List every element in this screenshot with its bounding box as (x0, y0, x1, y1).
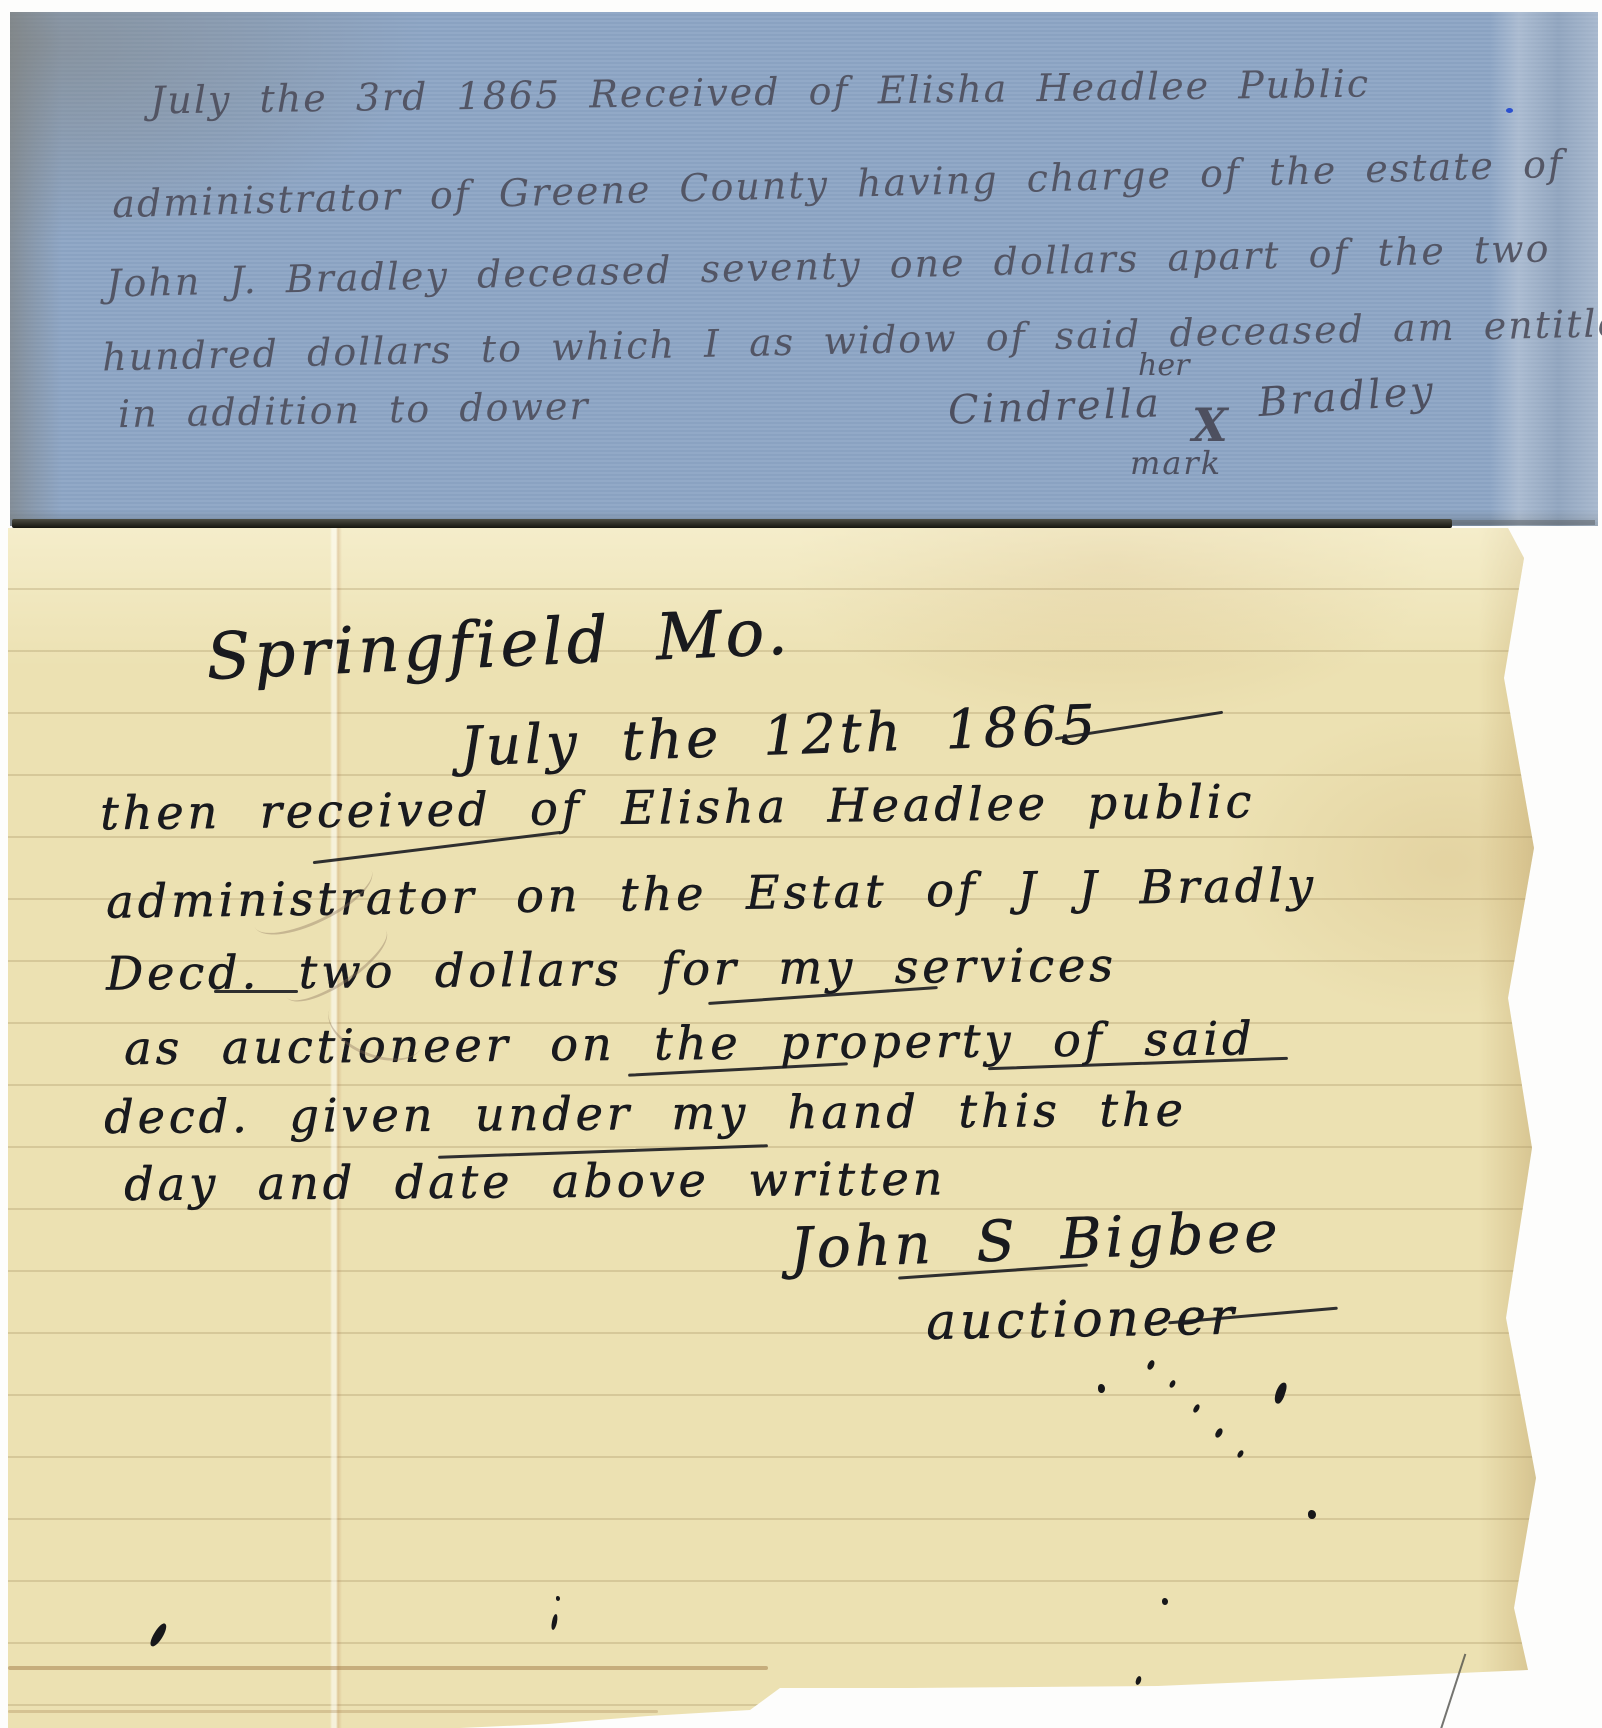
ink-speck (1168, 1379, 1176, 1388)
scanned-page: July the 3rd 1865 Received of Elisha Hea… (0, 0, 1602, 1728)
cream-doc-line-3: then received of Elisha Headlee public (100, 774, 1256, 840)
signature-given-name: Cindrella (947, 380, 1162, 433)
ink-speck (1192, 1403, 1201, 1413)
paper-edge-shadow-right (1452, 520, 1595, 525)
signature-surname: Bradley (1257, 368, 1438, 426)
stain-line (8, 1710, 658, 1713)
cream-doc-line-2: July the 12th 1865 (459, 693, 1100, 778)
ink-speck (1146, 1359, 1156, 1371)
ink-speck (1273, 1381, 1288, 1405)
cream-receipt-paper: Springfield Mo. July the 12th 1865 then … (8, 528, 1540, 1728)
ink-speck (148, 1622, 169, 1649)
ink-speck (1214, 1427, 1224, 1439)
signature-mark-label: mark (1130, 444, 1222, 482)
blue-ink-fleck (1506, 108, 1513, 113)
blue-receipt-paper: July the 3rd 1865 Received of Elisha Hea… (10, 12, 1598, 526)
signature-her-label: her (1138, 348, 1189, 383)
ink-speck (1236, 1449, 1245, 1458)
ink-speck (550, 1614, 558, 1631)
blue-doc-line-1: July the 3rd 1865 Received of Elisha Hea… (150, 61, 1371, 122)
cream-doc-line-8: day and date above written (124, 1151, 946, 1211)
blue-doc-line-5: in addition to dower (118, 384, 590, 436)
ink-speck (556, 1596, 560, 1601)
blue-doc-line-3: John J. Bradley deceased seventy one dol… (106, 226, 1551, 305)
blue-doc-line-4: hundred dollars to which I as widow of s… (102, 300, 1602, 379)
paper-edge-shadow (12, 519, 1452, 528)
ink-speck (1098, 1384, 1105, 1393)
cream-doc-line-7: decd. given under my hand this the (104, 1082, 1187, 1144)
stain-line (8, 1666, 768, 1670)
ink-speck (1135, 1675, 1143, 1685)
ink-speck (1162, 1598, 1168, 1605)
cream-doc-line-1: Springfield Mo. (205, 595, 793, 694)
ink-speck (1308, 1510, 1316, 1519)
blue-doc-line-2: administrator of Greene County having ch… (112, 142, 1565, 227)
